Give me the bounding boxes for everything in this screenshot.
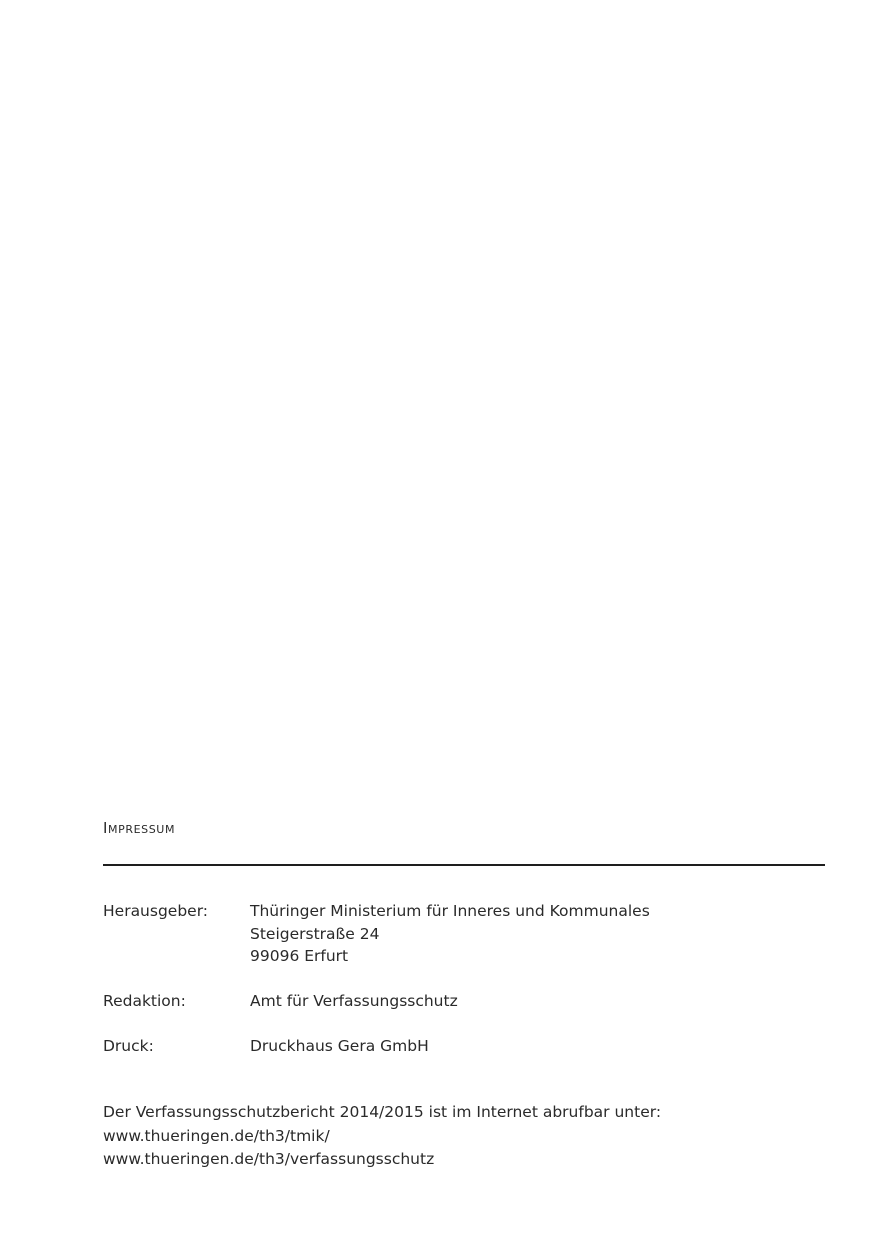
entry-label: Herausgeber: — [103, 900, 250, 968]
impressum-entries: Herausgeber: Thüringer Ministerium für I… — [103, 900, 650, 1080]
publisher-city: 99096 Erfurt — [250, 945, 650, 968]
document-page: Impressum Herausgeber: Thüringer Ministe… — [0, 0, 875, 1241]
entry-label: Redaktion: — [103, 990, 250, 1013]
availability-intro: Der Verfassungsschutzbericht 2014/2015 i… — [103, 1101, 661, 1125]
url-link-verfassungsschutz[interactable]: www.thueringen.de/th3/verfassungsschutz — [103, 1148, 661, 1172]
horizontal-rule — [103, 864, 825, 866]
entry-value: Druckhaus Gera GmbH — [250, 1035, 429, 1058]
entry-redaktion: Redaktion: Amt für Verfassungsschutz — [103, 990, 650, 1013]
section-heading: Impressum — [103, 819, 175, 837]
entry-label: Druck: — [103, 1035, 250, 1058]
publisher-name: Thüringer Ministerium für Inneres und Ko… — [250, 900, 650, 923]
entry-value: Amt für Verfassungsschutz — [250, 990, 458, 1013]
entry-herausgeber: Herausgeber: Thüringer Ministerium für I… — [103, 900, 650, 968]
entry-druck: Druck: Druckhaus Gera GmbH — [103, 1035, 650, 1058]
online-availability-note: Der Verfassungsschutzbericht 2014/2015 i… — [103, 1101, 661, 1172]
printer-name: Druckhaus Gera GmbH — [250, 1035, 429, 1058]
publisher-street: Steigerstraße 24 — [250, 923, 650, 946]
editor-name: Amt für Verfassungsschutz — [250, 990, 458, 1013]
entry-value: Thüringer Ministerium für Inneres und Ko… — [250, 900, 650, 968]
url-link-tmik[interactable]: www.thueringen.de/th3/tmik/ — [103, 1125, 661, 1149]
